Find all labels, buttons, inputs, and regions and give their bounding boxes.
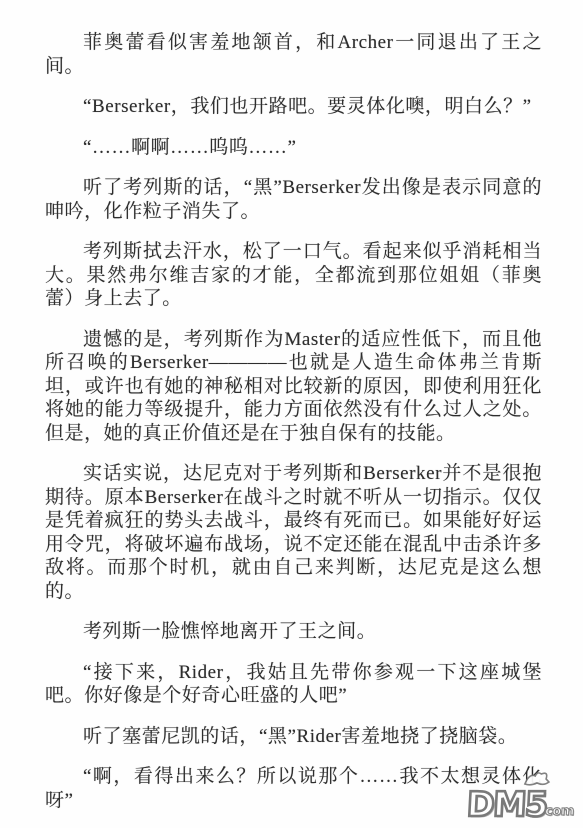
paragraph: “接下来，Rider，我姑且先带你参观一下这座城堡吧。你好像是个好奇心旺盛的人吧… [45, 661, 542, 708]
paragraph: “Berserker，我们也开路吧。要灵体化噢，明白么？” [45, 95, 542, 119]
paragraph: 考列斯拭去汗水，松了一口气。看起来似乎消耗相当大。果然弗尔维吉家的才能，全都流到… [45, 240, 542, 311]
watermark-mascot-icon [523, 770, 552, 787]
dm5-watermark: DM5com [465, 779, 575, 821]
paragraph: 考列斯一脸憔悴地离开了王之间。 [45, 620, 542, 644]
paragraph: “……啊啊……呜呜……” [45, 136, 542, 160]
paragraph: 听了塞蕾尼凯的话，“黑”Rider害羞地挠了挠脑袋。 [45, 725, 542, 749]
watermark-domain-suffix: com [544, 805, 574, 821]
watermark-logo-text: DM5 [465, 789, 546, 821]
paragraph: 实话实说，达尼克对于考列斯和Berserker并不是很抱期待。原本Berserk… [45, 462, 542, 603]
novel-text-block: 菲奥蕾看似害羞地颔首，和Archer一同退出了王之间。 “Berserker，我… [45, 31, 542, 828]
novel-page: 菲奥蕾看似害羞地颔首，和Archer一同退出了王之间。 “Berserker，我… [0, 0, 583, 828]
paragraph: 菲奥蕾看似害羞地颔首，和Archer一同退出了王之间。 [45, 31, 542, 78]
paragraph: 听了考列斯的话，“黑”Berserker发出像是表示同意的呻吟，化作粒子消失了。 [45, 176, 542, 223]
paragraph: 遗憾的是，考列斯作为Master的适应性低下，而且他所召唤的Berserker—… [45, 328, 542, 446]
